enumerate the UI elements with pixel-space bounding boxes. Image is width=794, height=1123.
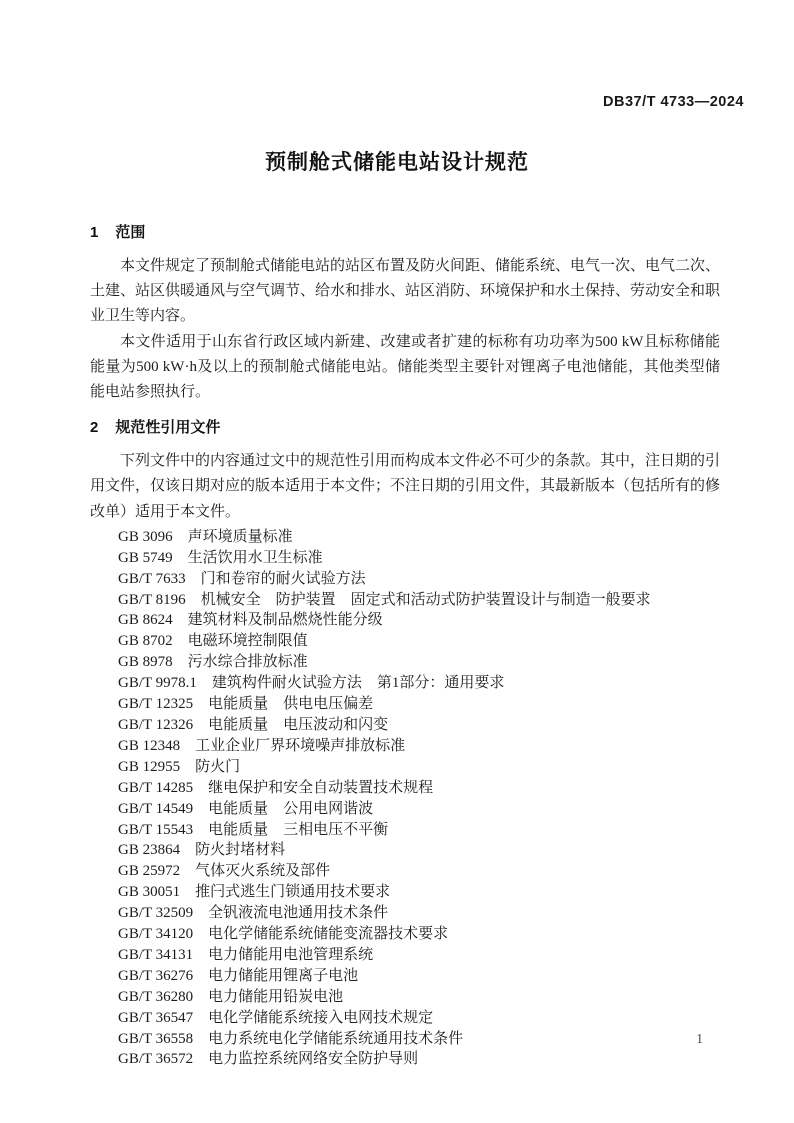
reference-code: GB 12955 <box>118 757 180 778</box>
reference-code: GB 30051 <box>118 882 180 903</box>
section-2-title: 规范性引用文件 <box>115 419 220 436</box>
reference-code: GB/T 36572 <box>118 1049 193 1070</box>
reference-title: 电能质量 电压波动和闪变 <box>208 717 388 733</box>
reference-code: GB 5749 <box>118 548 173 569</box>
reference-title: 电能质量 供电电压偏差 <box>208 696 373 712</box>
reference-title: 电力储能用铅炭电池 <box>208 989 343 1005</box>
standard-code: DB37/T 4733—2024 <box>0 0 794 111</box>
section-2-paragraphs: 下列文件中的内容通过文中的规范性引用而构成本文件必不可少的条款。其中，注日期的引… <box>90 449 720 525</box>
reference-item: GB/T 36280电力储能用铅炭电池 <box>118 987 720 1008</box>
reference-item: GB 5749生活饮用水卫生标准 <box>118 548 720 569</box>
reference-code: GB 12348 <box>118 736 180 757</box>
reference-code: GB 23864 <box>118 840 180 861</box>
reference-title: 电化学储能系统储能变流器技术要求 <box>208 926 448 942</box>
reference-code: GB 25972 <box>118 861 180 882</box>
document-body: 1范围 本文件规定了预制舱式储能电站的站区布置及防火间距、储能系统、电气一次、电… <box>0 225 794 1070</box>
reference-code: GB/T 32509 <box>118 903 193 924</box>
reference-title: 电能质量 公用电网谐波 <box>208 801 373 817</box>
reference-title: 继电保护和安全自动装置技术规程 <box>208 780 433 796</box>
reference-item: GB/T 8196机械安全 防护装置 固定式和活动式防护装置设计与制造一般要求 <box>118 590 720 611</box>
section-1-heading: 1范围 <box>90 225 720 241</box>
reference-code: GB 3096 <box>118 527 173 548</box>
reference-title: 全钒液流电池通用技术条件 <box>208 905 388 921</box>
reference-title: 门和卷帘的耐火试验方法 <box>201 571 366 587</box>
reference-title: 电力监控系统网络安全防护导则 <box>208 1051 418 1067</box>
reference-code: GB/T 14549 <box>118 799 193 820</box>
reference-code: GB/T 36276 <box>118 966 193 987</box>
reference-code: GB/T 15543 <box>118 820 193 841</box>
reference-title: 生活饮用水卫生标准 <box>188 550 323 566</box>
reference-item: GB/T 9978.1建筑构件耐火试验方法 第1部分：通用要求 <box>118 673 720 694</box>
page-title: 预制舱式储能电站设计规范 <box>0 147 794 178</box>
reference-item: GB 12348工业企业厂界环境噪声排放标准 <box>118 736 720 757</box>
reference-item: GB 12955防火门 <box>118 757 720 778</box>
reference-code: GB/T 8196 <box>118 590 186 611</box>
reference-title: 电磁环境控制限值 <box>188 633 308 649</box>
reference-title: 气体灭火系统及部件 <box>195 863 330 879</box>
reference-item: GB/T 7633门和卷帘的耐火试验方法 <box>118 569 720 590</box>
reference-code: GB/T 36547 <box>118 1008 193 1029</box>
paragraph: 本文件适用于山东省行政区域内新建、改建或者扩建的标称有功功率为500 kW且标称… <box>90 330 720 406</box>
reference-code: GB/T 12325 <box>118 694 193 715</box>
reference-item: GB 8702电磁环境控制限值 <box>118 631 720 652</box>
reference-item: GB 3096声环境质量标准 <box>118 527 720 548</box>
reference-title: 机械安全 防护装置 固定式和活动式防护装置设计与制造一般要求 <box>201 592 651 608</box>
reference-item: GB/T 15543电能质量 三相电压不平衡 <box>118 820 720 841</box>
reference-item: GB/T 32509全钒液流电池通用技术条件 <box>118 903 720 924</box>
reference-item: GB/T 34131电力储能用电池管理系统 <box>118 945 720 966</box>
reference-title: 声环境质量标准 <box>188 529 293 545</box>
reference-title: 工业企业厂界环境噪声排放标准 <box>195 738 405 754</box>
reference-code: GB/T 12326 <box>118 715 193 736</box>
reference-item: GB 8624建筑材料及制品燃烧性能分级 <box>118 610 720 631</box>
reference-item: GB/T 12325电能质量 供电电压偏差 <box>118 694 720 715</box>
reference-code: GB/T 9978.1 <box>118 673 197 694</box>
reference-list: GB 3096声环境质量标准 GB 5749生活饮用水卫生标准 GB/T 763… <box>90 527 720 1071</box>
reference-code: GB/T 34131 <box>118 945 193 966</box>
reference-title: 电力储能用电池管理系统 <box>208 947 373 963</box>
document-page: DB37/T 4733—2024 预制舱式储能电站设计规范 1范围 本文件规定了… <box>0 0 794 1123</box>
reference-code: GB/T 7633 <box>118 569 186 590</box>
reference-title: 建筑构件耐火试验方法 第1部分：通用要求 <box>212 675 505 691</box>
reference-item: GB/T 34120电化学储能系统储能变流器技术要求 <box>118 924 720 945</box>
reference-title: 防火门 <box>195 759 240 775</box>
page-number: 1 <box>0 1031 794 1047</box>
section-1-paragraphs: 本文件规定了预制舱式储能电站的站区布置及防火间距、储能系统、电气一次、电气二次、… <box>90 254 720 405</box>
section-1-number: 1 <box>90 225 98 241</box>
reference-item: GB/T 12326电能质量 电压波动和闪变 <box>118 715 720 736</box>
reference-title: 建筑材料及制品燃烧性能分级 <box>188 612 383 628</box>
reference-title: 污水综合排放标准 <box>188 654 308 670</box>
reference-code: GB/T 34120 <box>118 924 193 945</box>
section-2-heading: 2规范性引用文件 <box>90 420 720 436</box>
reference-item: GB/T 14285继电保护和安全自动装置技术规程 <box>118 778 720 799</box>
reference-title: 电化学储能系统接入电网技术规定 <box>208 1010 433 1026</box>
paragraph: 本文件规定了预制舱式储能电站的站区布置及防火间距、储能系统、电气一次、电气二次、… <box>90 254 720 330</box>
reference-item: GB 8978污水综合排放标准 <box>118 652 720 673</box>
reference-code: GB 8624 <box>118 610 173 631</box>
reference-code: GB/T 14285 <box>118 778 193 799</box>
paragraph: 下列文件中的内容通过文中的规范性引用而构成本文件必不可少的条款。其中，注日期的引… <box>90 449 720 525</box>
reference-title: 电能质量 三相电压不平衡 <box>208 822 388 838</box>
reference-title: 电力储能用锂离子电池 <box>208 968 358 984</box>
reference-item: GB/T 36547电化学储能系统接入电网技术规定 <box>118 1008 720 1029</box>
reference-code: GB 8978 <box>118 652 173 673</box>
reference-item: GB 30051推闩式逃生门锁通用技术要求 <box>118 882 720 903</box>
reference-item: GB/T 36276电力储能用锂离子电池 <box>118 966 720 987</box>
reference-item: GB 23864防火封堵材料 <box>118 840 720 861</box>
reference-code: GB/T 36280 <box>118 987 193 1008</box>
reference-item: GB/T 14549电能质量 公用电网谐波 <box>118 799 720 820</box>
reference-title: 防火封堵材料 <box>195 842 285 858</box>
section-2-number: 2 <box>90 420 98 436</box>
reference-item: GB 25972气体灭火系统及部件 <box>118 861 720 882</box>
section-1-title: 范围 <box>115 224 145 241</box>
reference-title: 推闩式逃生门锁通用技术要求 <box>195 884 390 900</box>
reference-item: GB/T 36572电力监控系统网络安全防护导则 <box>118 1049 720 1070</box>
reference-code: GB 8702 <box>118 631 173 652</box>
